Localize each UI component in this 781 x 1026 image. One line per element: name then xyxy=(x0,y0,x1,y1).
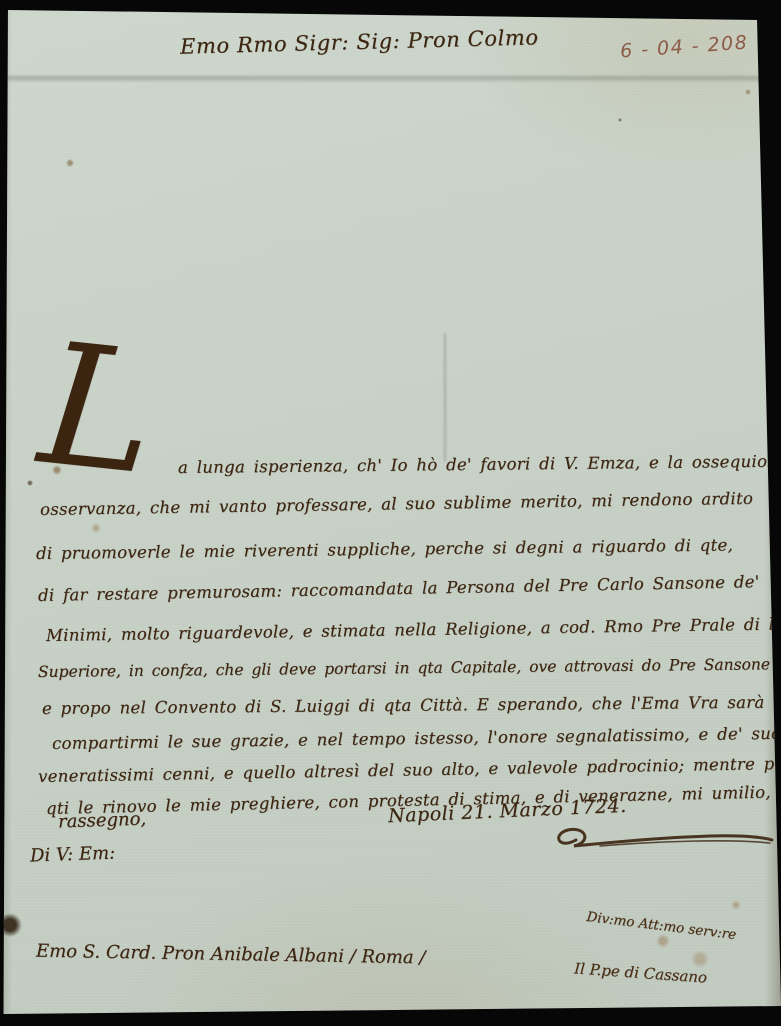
closing-rassegno: rassegno, xyxy=(58,808,147,832)
paper-crease xyxy=(444,333,446,461)
body-line: a lunga isperienza, ch' Io hò de' favori… xyxy=(178,452,781,477)
closing-di-v-em: Di V: Em: xyxy=(30,843,116,867)
signature-line: Div:mo Att:mo serv:re xyxy=(586,909,737,943)
body-line: Superiore, in confza, che gli deve porta… xyxy=(38,655,770,681)
manuscript-scan: Emo Rmo Sigr: Sig: Pron Colmo 6 - 04 - 2… xyxy=(0,0,781,1026)
salutation-line: Emo Rmo Sigr: Sig: Pron Colmo xyxy=(180,25,539,58)
flourish-icon xyxy=(540,822,775,858)
letter-paper: Emo Rmo Sigr: Sig: Pron Colmo 6 - 04 - 2… xyxy=(0,0,781,1026)
body-line: osservanza, che mi vanto professare, al … xyxy=(40,489,753,519)
body-line: di far restare premurosam: raccomandata … xyxy=(38,572,760,605)
archival-number: 6 - 04 - 208 xyxy=(619,32,749,63)
addressee-line: Emo S. Card. Pron Anibale Albani / Roma … xyxy=(36,941,426,969)
body-line: compartirmi le sue grazie, e nel tempo i… xyxy=(52,724,781,753)
signature-line: Il P.pe di Cassano xyxy=(574,959,708,986)
body-line: Minimi, molto riguardevole, e stimata ne… xyxy=(46,614,781,645)
body-line: di pruomoverle le mie riverenti supplich… xyxy=(36,535,733,563)
body-line: veneratissimi cenni, e quello altresì de… xyxy=(38,754,781,786)
drop-cap-initial: L xyxy=(35,333,161,487)
body-line: e propo nel Convento di S. Luiggi di qta… xyxy=(42,692,781,718)
